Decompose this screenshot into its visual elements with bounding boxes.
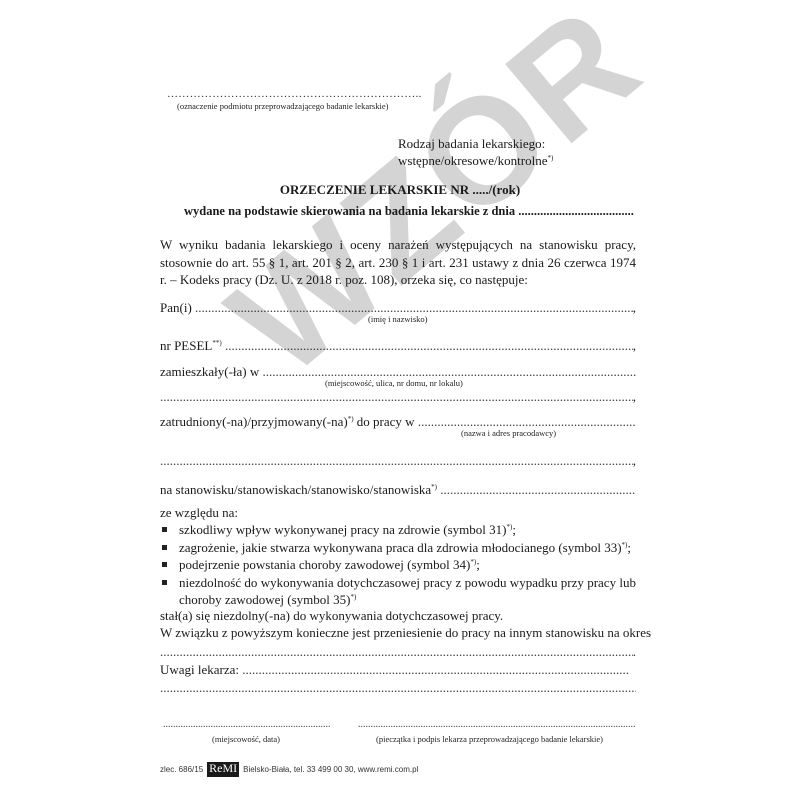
line-end: .: [633, 644, 636, 660]
print-footer: zlec. 686/15 ReMI Bielsko-Biała, tel. 33…: [160, 762, 418, 777]
document-title: ORZECZENIE LEKARSKIE NR ...../(rok): [0, 182, 800, 198]
pesel-label-text: nr PESEL: [160, 338, 212, 353]
position-fill-line[interactable]: [440, 482, 636, 498]
place-date-caption: (miejscowość, data): [212, 734, 280, 744]
exam-type-options-text: wstępne/okresowe/kontrolne: [398, 153, 547, 168]
pesel-label: nr PESEL**): [160, 338, 222, 354]
reason-text: podejrzenie powstania choroby zawodowej …: [179, 556, 636, 574]
footnote-mark: *): [351, 593, 357, 601]
reasons-after: stał(a) się niezdolny(-na) do wykonywani…: [160, 608, 503, 624]
remarks-label: Uwagi lekarza:: [160, 662, 239, 678]
bullet-square-icon: [160, 521, 179, 539]
position-field[interactable]: na stanowisku/stanowiskach/stanowisko/st…: [160, 482, 636, 498]
employer-field[interactable]: zatrudniony(-na)/przyjmowany(-na)*) do p…: [160, 414, 636, 430]
remarks-fill-line[interactable]: [242, 662, 630, 678]
reason-text: zagrożenie, jakie stwarza wykonywana pra…: [179, 539, 636, 557]
address-fill-line-2[interactable]: [160, 389, 633, 405]
footnote-mark: *): [348, 415, 354, 423]
reason-end: ;: [512, 522, 516, 537]
footer-order-number: zlec. 686/15: [160, 765, 203, 774]
remarks-fill-line-2[interactable]: [160, 680, 636, 696]
employer-caption: (nazwa i adres pracodawcy): [461, 428, 556, 438]
reason-text-content: podejrzenie powstania choroby zawodowej …: [179, 557, 470, 572]
exam-type-label: Rodzaj badania lekarskiego:: [398, 136, 545, 152]
line-end: ,: [633, 453, 636, 469]
transfer-text: W związku z powyższym konieczne jest prz…: [160, 625, 636, 641]
employer-fill-line-2[interactable]: [160, 453, 633, 469]
reason-text: niezdolność do wykonywania dotychczasowe…: [179, 574, 636, 609]
place-date-line[interactable]: ........................................…: [163, 719, 330, 730]
employer-field-continued[interactable]: ,: [160, 453, 636, 469]
footnote-mark: **): [212, 339, 221, 347]
employer-label: zatrudniony(-na)/przyjmowany(-na)*) do p…: [160, 414, 415, 430]
remarks-field-continued[interactable]: [160, 680, 636, 696]
transfer-period-field[interactable]: .: [160, 644, 636, 660]
line-end: ,: [633, 389, 636, 405]
name-caption: (imię i nazwisko): [368, 314, 427, 324]
pesel-fill-line[interactable]: [225, 338, 633, 354]
address-field-continued[interactable]: ,: [160, 389, 636, 405]
reasons-heading: ze względu na:: [160, 505, 238, 521]
address-caption: (miejscowość, ulica, nr domu, nr lokalu): [325, 378, 463, 388]
footnote-mark: *): [431, 483, 437, 491]
doctor-signature-caption: (pieczątka i podpis lekarza przeprowadza…: [376, 734, 603, 744]
address-label: zamieszkały(-ła) w: [160, 364, 259, 380]
bullet-square-icon: [160, 574, 179, 609]
reason-item[interactable]: szkodliwy wpływ wykonywanej pracy na zdr…: [160, 521, 636, 539]
position-label-text: na stanowisku/stanowiskach/stanowisko/st…: [160, 482, 431, 497]
reason-end: ;: [627, 540, 631, 555]
reason-text-content: zagrożenie, jakie stwarza wykonywana pra…: [179, 540, 622, 555]
remarks-field[interactable]: Uwagi lekarza:: [160, 662, 630, 678]
footer-publisher-info: Bielsko-Biała, tel. 33 499 00 30, www.re…: [243, 765, 418, 774]
reason-end: ;: [476, 557, 480, 572]
document-subtitle: wydane na podstawie skierowania na badan…: [184, 204, 634, 219]
entity-dots: …………………………………………………………..: [167, 88, 422, 100]
position-label: na stanowisku/stanowiskach/stanowisko/st…: [160, 482, 437, 498]
reasons-list: szkodliwy wpływ wykonywanej pracy na zdr…: [160, 521, 636, 609]
footnote-mark: *): [547, 154, 553, 162]
name-label: Pan(i): [160, 300, 192, 316]
bullet-square-icon: [160, 556, 179, 574]
document-page: ………………………………………………………….. (oznaczenie pod…: [0, 0, 800, 800]
bullet-square-icon: [160, 539, 179, 557]
reason-text: szkodliwy wpływ wykonywanej pracy na zdr…: [179, 521, 636, 539]
remi-logo: ReMI: [207, 762, 239, 777]
exam-type-options: wstępne/okresowe/kontrolne*): [398, 153, 553, 169]
reason-item[interactable]: niezdolność do wykonywania dotychczasowe…: [160, 574, 636, 609]
reason-item[interactable]: podejrzenie powstania choroby zawodowej …: [160, 556, 636, 574]
line-end: ,: [633, 300, 636, 316]
employer-label-suffix: do pracy w: [357, 414, 415, 429]
line-end: ,: [633, 338, 636, 354]
reason-item[interactable]: zagrożenie, jakie stwarza wykonywana pra…: [160, 539, 636, 557]
pesel-field[interactable]: nr PESEL**) ,: [160, 338, 636, 354]
reason-text-content: niezdolność do wykonywania dotychczasowe…: [179, 575, 636, 608]
transfer-fill-line[interactable]: [160, 644, 633, 660]
entity-caption: (oznaczenie podmiotu przeprowadzającego …: [177, 101, 388, 111]
employer-label-text: zatrudniony(-na)/przyjmowany(-na): [160, 414, 348, 429]
doctor-signature-line[interactable]: ........................................…: [358, 719, 636, 730]
reason-text-content: szkodliwy wpływ wykonywanej pracy na zdr…: [179, 522, 506, 537]
intro-paragraph: W wyniku badania lekarskiego i oceny nar…: [160, 236, 636, 289]
